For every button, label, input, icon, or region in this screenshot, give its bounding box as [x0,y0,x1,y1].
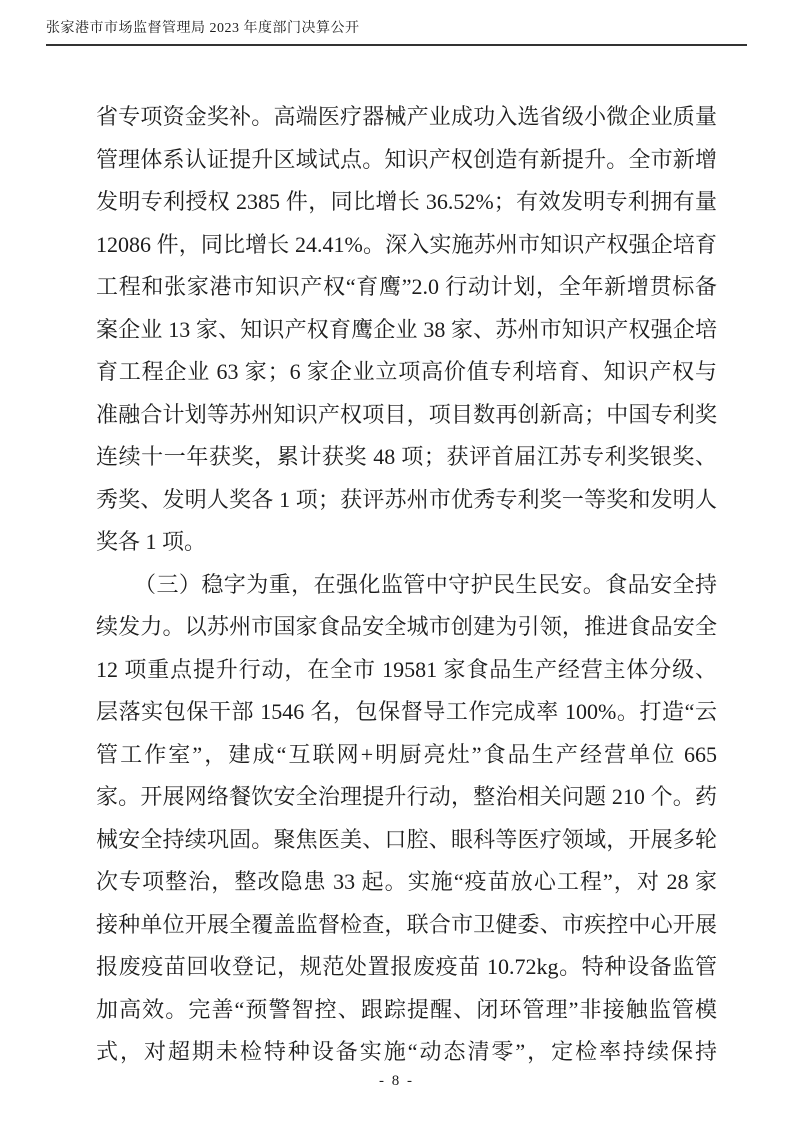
text-line: 省专项资金奖补。高端医疗器械产业成功入选省级小微企业质量 [96,96,717,139]
text-line: 案企业 13 家、知识产权育鹰企业 38 家、苏州市知识产权强企培 [96,309,717,352]
text-line: 工程和张家港市知识产权“育鹰”2.0 行动计划，全年新增贯标备 [96,266,717,309]
text-line: 式，对超期未检特种设备实施“动态清零”，定检率持续保持 [96,1031,717,1074]
text-line: 加高效。完善“预警智控、跟踪提醒、闭环管理”非接触监管模 [96,989,717,1032]
document-page: 张家港市市场监督管理局 2023 年度部门决算公开 省专项资金奖补。高端医疗器械… [0,0,793,1122]
text-line: 准融合计划等苏州知识产权项目，项目数再创新高；中国专利奖 [96,394,717,437]
text-line: 次专项整治，整改隐患 33 起。实施“疫苗放心工程”，对 28 家 [96,861,717,904]
text-line: 发明专利授权 2385 件，同比增长 36.52%；有效发明专利拥有量 [96,181,717,224]
text-line: 家。开展网络餐饮安全治理提升行动，整治相关问题 210 个。药 [96,776,717,819]
text-line: 层落实包保干部 1546 名，包保督导工作完成率 100%。打造“云监 [96,691,717,734]
document-body: 省专项资金奖补。高端医疗器械产业成功入选省级小微企业质量 管理体系认证提升区域试… [96,96,717,1074]
paragraph-section-3: （三）稳字为重，在强化监管中守护民生民安。食品安全持 续发力。以苏州市国家食品安… [96,564,717,1074]
text-line: （三）稳字为重，在强化监管中守护民生民安。食品安全持 [96,564,717,607]
text-line: 接种单位开展全覆盖监督检查，联合市卫健委、市疾控中心开展 [96,904,717,947]
text-line: 连续十一年获奖，累计获奖 48 项；获评首届江苏专利奖银奖、优 [96,436,717,479]
text-line: 续发力。以苏州市国家食品安全城市创建为引领，推进食品安全 [96,606,717,649]
paragraph-continued: 省专项资金奖补。高端医疗器械产业成功入选省级小微企业质量 管理体系认证提升区域试… [96,96,717,564]
text-line: 12 项重点提升行动，在全市 19581 家食品生产经营主体分级、分 [96,649,717,692]
page-header: 张家港市市场监督管理局 2023 年度部门决算公开 [46,17,747,46]
text-line: 秀奖、发明人奖各 1 项；获评苏州市优秀专利奖一等奖和发明人 [96,479,717,522]
text-line: 管理体系认证提升区域试点。知识产权创造有新提升。全市新增 [96,139,717,182]
text-line: 育工程企业 63 家；6 家企业立项高价值专利培育、知识产权与标 [96,351,717,394]
page-footer: - 8 - [0,1072,793,1090]
header-title: 张家港市市场监督管理局 2023 年度部门决算公开 [46,17,747,37]
text-line: 奖各 1 项。 [96,521,717,564]
text-line: 管工作室”，建成“互联网+明厨亮灶”食品生产经营单位 665 [96,734,717,777]
text-line: 报废疫苗回收登记，规范处置报废疫苗 10.72kg。特种设备监管更 [96,946,717,989]
text-line: 械安全持续巩固。聚焦医美、口腔、眼科等医疗领域，开展多轮 [96,819,717,862]
page-number: - 8 - [379,1073,414,1089]
text-line: 12086 件，同比增长 24.41%。深入实施苏州市知识产权强企培育 [96,224,717,267]
